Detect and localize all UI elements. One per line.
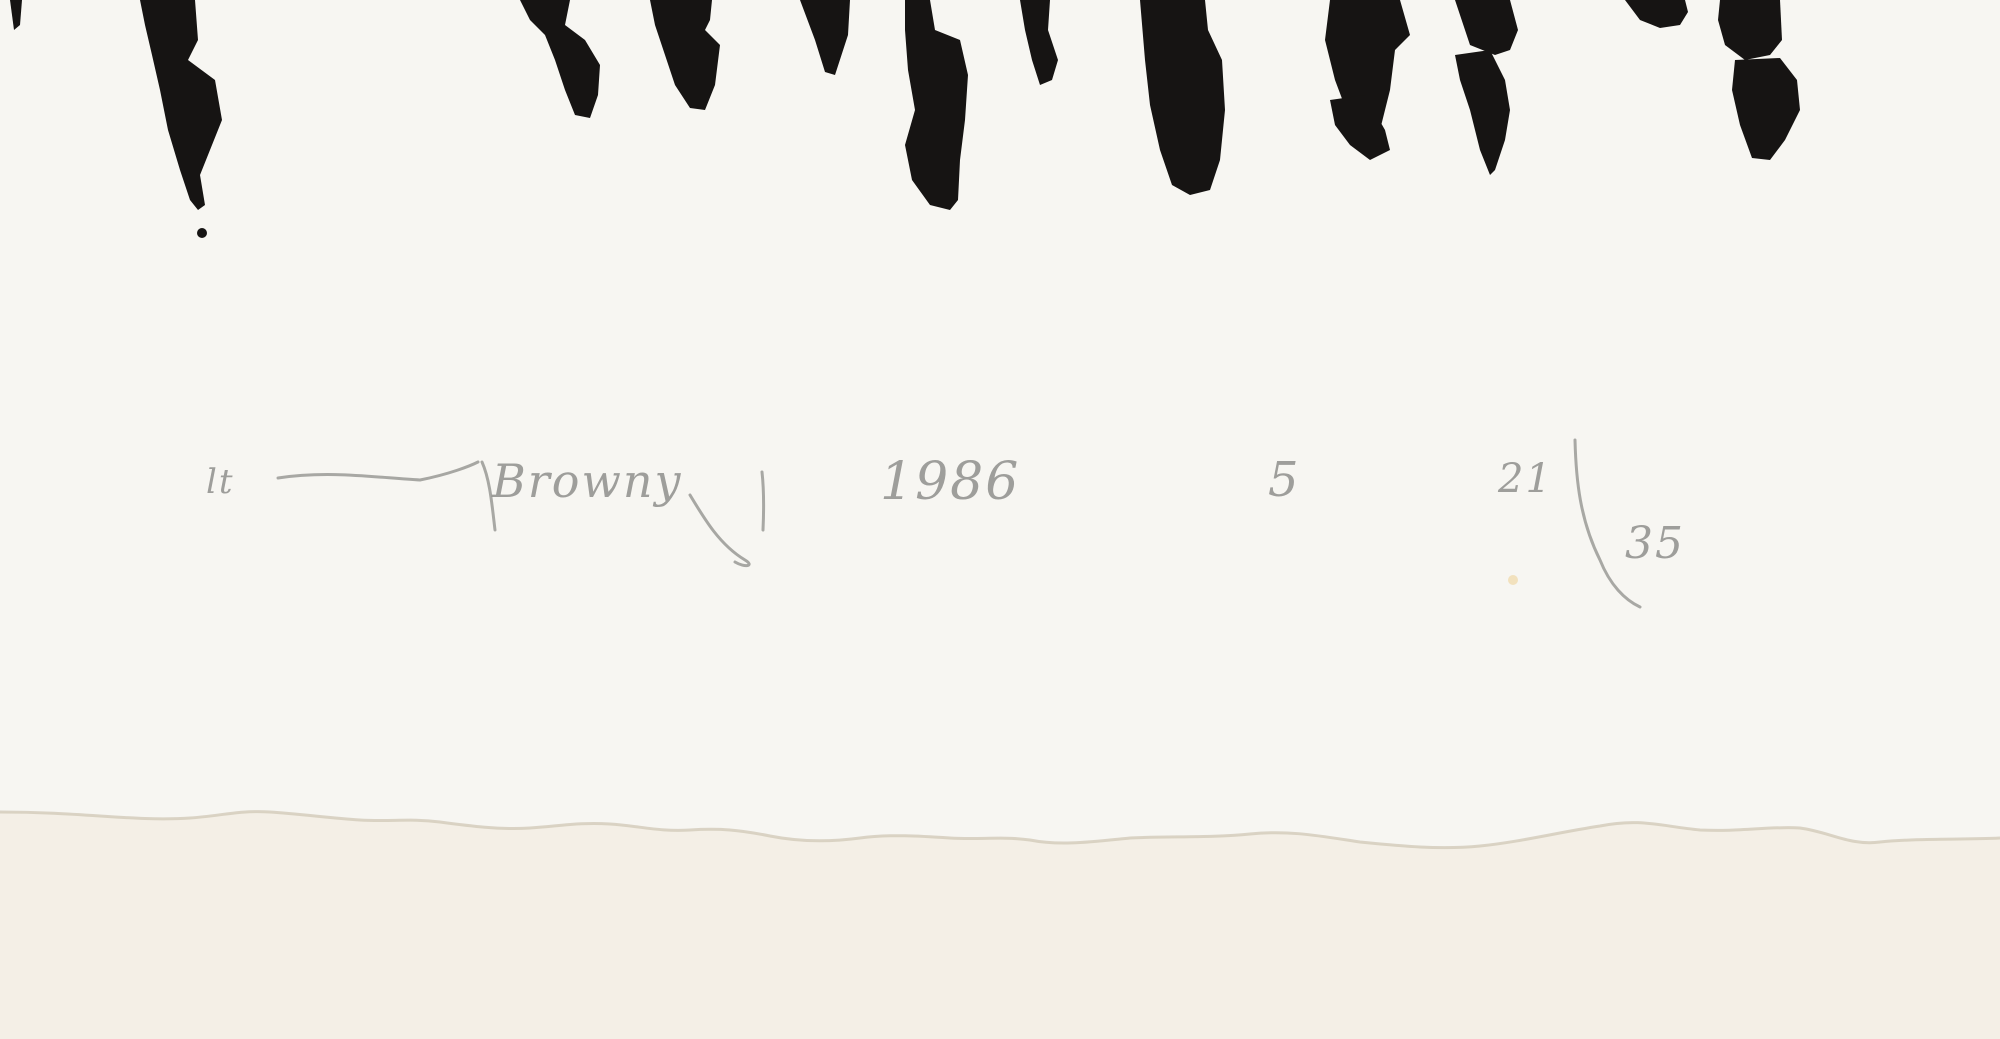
foxing-spot xyxy=(1508,575,1518,585)
inscription-number: 5 xyxy=(1268,452,1301,508)
inscription-prefix: lt xyxy=(206,462,235,502)
edition-total: 35 xyxy=(1625,518,1685,569)
inscription-year: 1986 xyxy=(880,452,1020,512)
artwork-photo: lt Browny 1986 5 21 35 xyxy=(0,0,2000,1039)
edition-number: 21 xyxy=(1498,456,1553,502)
pencil-flourish xyxy=(0,0,2000,1039)
artist-signature: Browny xyxy=(492,454,682,508)
